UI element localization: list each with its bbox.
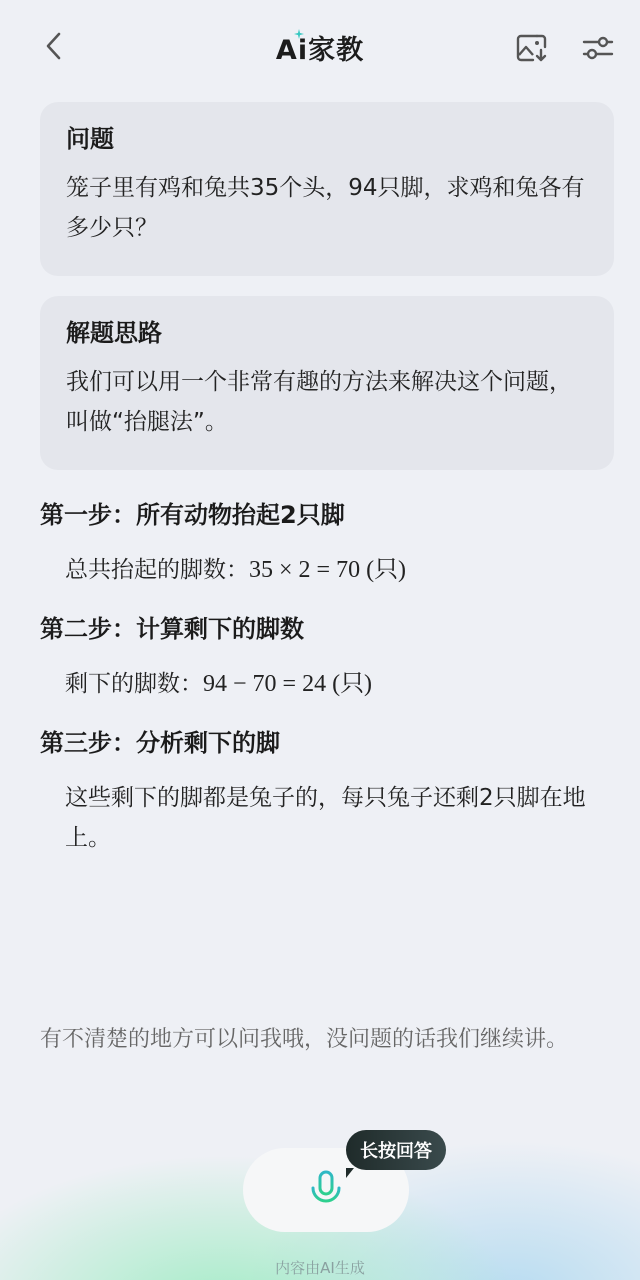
title-text: 家教 [308, 35, 364, 66]
top-bar: Ai 家教 [0, 0, 640, 96]
long-press-tooltip: 长按回答 [346, 1130, 446, 1170]
ai-generated-note: 内容由AI生成 [0, 1257, 640, 1278]
microphone-icon [309, 1170, 343, 1210]
title-ai: Ai [276, 35, 308, 66]
question-heading: 问题 [66, 122, 588, 156]
sparkle-icon [294, 29, 304, 39]
approach-card: 解题思路 我们可以用一个非常有趣的方法来解决这个问题，叫做“抬腿法”。 [40, 296, 614, 470]
sliders-icon [582, 34, 614, 62]
question-text: 笼子里有鸡和兔共35个头，94只脚，求鸡和兔各有多少只？ [66, 168, 588, 248]
step-3-title: 第三步：分析剩下的脚 [40, 726, 280, 760]
step-2-body: 剩下的脚数：94 − 70 = 24 (只) [65, 664, 620, 704]
save-image-button[interactable] [514, 30, 550, 66]
step-1-title: 第一步：所有动物抬起2只脚 [40, 498, 345, 532]
approach-heading: 解题思路 [66, 316, 588, 350]
step-1-body: 总共抬起的脚数：35 × 2 = 70 (只) [65, 550, 620, 590]
step-1-formula: 35 × 2 = 70 (只) [249, 557, 406, 583]
hint-text: 有不清楚的地方可以问我哦，没问题的话我们继续讲。 [40, 1020, 610, 1060]
step-2-formula: 94 − 70 = 24 (只) [203, 671, 372, 697]
settings-button[interactable] [580, 30, 616, 66]
approach-text: 我们可以用一个非常有趣的方法来解决这个问题，叫做“抬腿法”。 [66, 362, 588, 442]
step-2-title: 第二步：计算剩下的脚数 [40, 612, 304, 646]
question-card: 问题 笼子里有鸡和兔共35个头，94只脚，求鸡和兔各有多少只？ [40, 102, 614, 276]
image-download-icon [515, 33, 549, 63]
step-3-body: 这些剩下的脚都是兔子的，每只兔子还剩2只脚在地上。 [65, 778, 620, 858]
